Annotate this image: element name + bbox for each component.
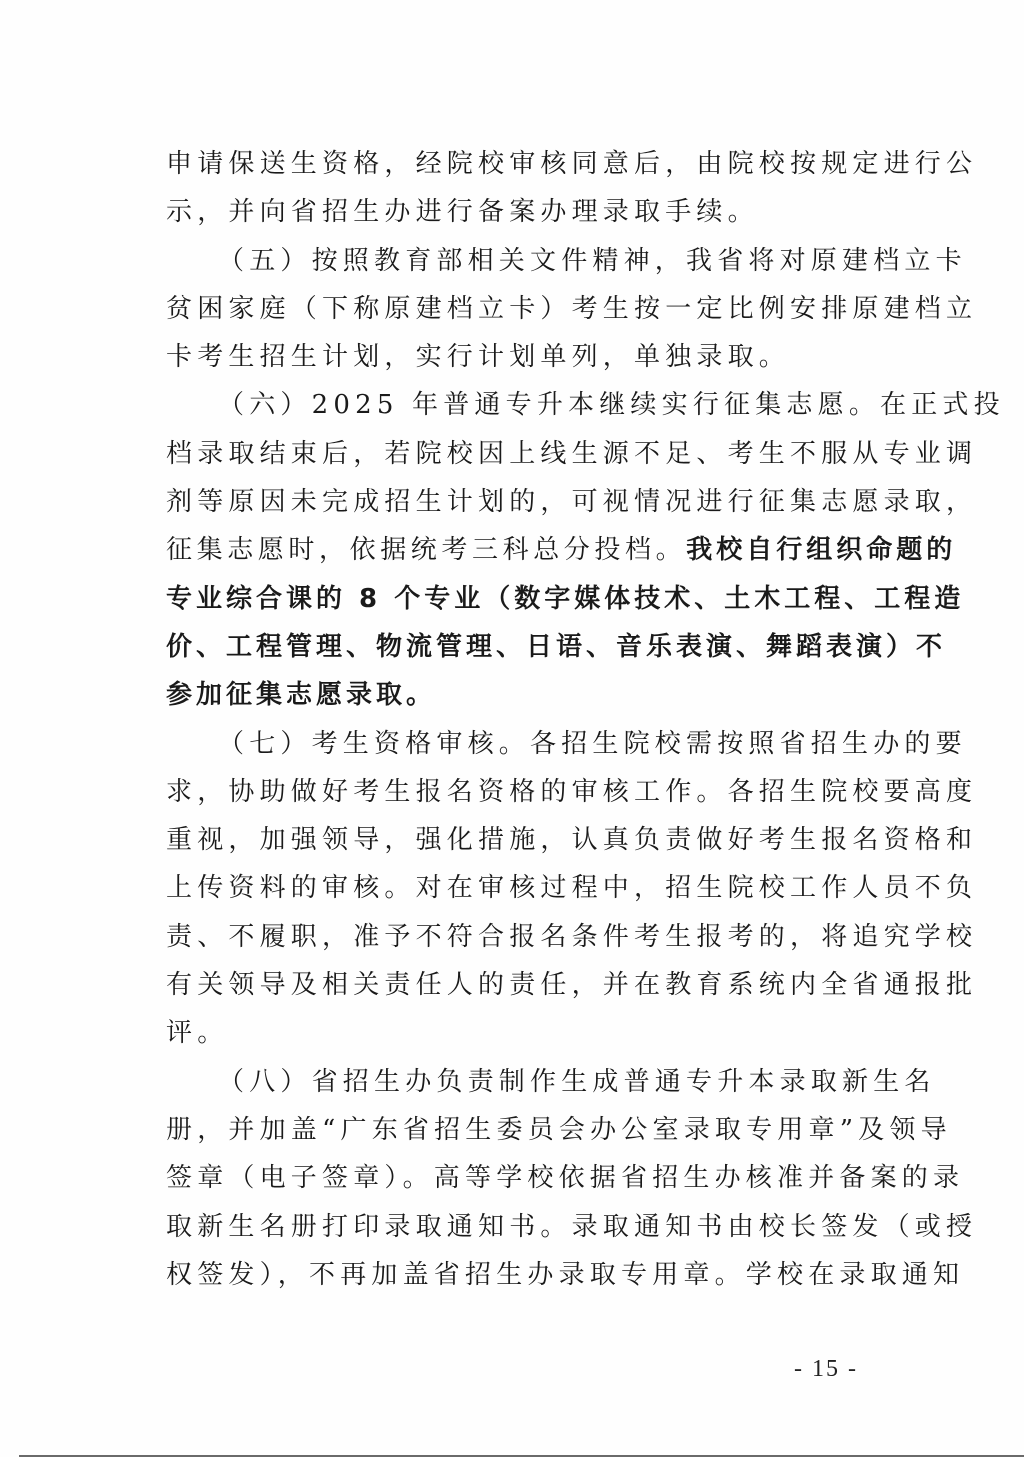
text-line: 申请保送生资格，经院校审核同意后，由院校按规定进行公 [166, 140, 876, 188]
text-line-mixed: 征集志愿时，依据统考三科总分投档。我校自行组织命题的 [166, 526, 876, 574]
text-line: 签章（电子签章）。高等学校依据省招生办核准并备案的录 [166, 1154, 876, 1202]
text-line: 权签发），不再加盖省招生办录取专用章。学校在录取通知 [166, 1251, 876, 1299]
text-line: 取新生名册打印录取通知书。录取通知书由校长签发（或授 [166, 1203, 876, 1251]
text-line: 评。 [166, 1009, 876, 1057]
text-line: 贫困家庭（下称原建档立卡）考生按一定比例安排原建档立 [166, 285, 876, 333]
bold-notice-line: 价、工程管理、物流管理、日语、音乐表演、舞蹈表演）不 [166, 623, 876, 671]
paragraph-6-first-line: （六）2025 年普通专升本继续实行征集志愿。在正式投 [166, 381, 876, 429]
text-line: 重视，加强领导，强化措施，认真负责做好考生报名资格和 [166, 816, 876, 864]
paragraph-7-first-line: （七）考生资格审核。各招生院校需按照省招生办的要 [166, 720, 876, 768]
document-page: 申请保送生资格，经院校审核同意后，由院校按规定进行公 示，并向省招生办进行备案办… [0, 0, 1024, 1457]
text-line: 卡考生招生计划，实行计划单列，单独录取。 [166, 333, 876, 381]
text-line: 示，并向省招生办进行备案办理录取手续。 [166, 188, 876, 236]
text-line: 剂等原因未完成招生计划的，可视情况进行征集志愿录取， [166, 478, 876, 526]
text-line: 有关领导及相关责任人的责任，并在教育系统内全省通报批 [166, 961, 876, 1009]
bold-notice-line: 专业综合课的 8 个专业（数字媒体技术、土木工程、工程造 [166, 575, 876, 623]
paragraph-5-first-line: （五）按照教育部相关文件精神，我省将对原建档立卡 [166, 237, 876, 285]
text-line: 责、不履职，准予不符合报名条件考生报考的，将追究学校 [166, 913, 876, 961]
paragraph-8-first-line: （八）省招生办负责制作生成普通专升本录取新生名 [166, 1058, 876, 1106]
text-line: 上传资料的审核。对在审核过程中，招生院校工作人员不负 [166, 864, 876, 912]
text-line: 档录取结束后，若院校因上线生源不足、考生不服从专业调 [166, 430, 876, 478]
text-line: 求，协助做好考生报名资格的审核工作。各招生院校要高度 [166, 768, 876, 816]
document-body: 申请保送生资格，经院校审核同意后，由院校按规定进行公 示，并向省招生办进行备案办… [166, 140, 876, 1299]
page-number: - 15 - [794, 1356, 858, 1383]
bold-notice-segment: 我校自行组织命题的 [686, 535, 956, 565]
text-line: 册，并加盖“广东省招生委员会办公室录取专用章”及领导 [166, 1106, 876, 1154]
bold-notice-line: 参加征集志愿录取。 [166, 671, 876, 719]
plain-text-segment: 征集志愿时，依据统考三科总分投档。 [166, 535, 686, 565]
